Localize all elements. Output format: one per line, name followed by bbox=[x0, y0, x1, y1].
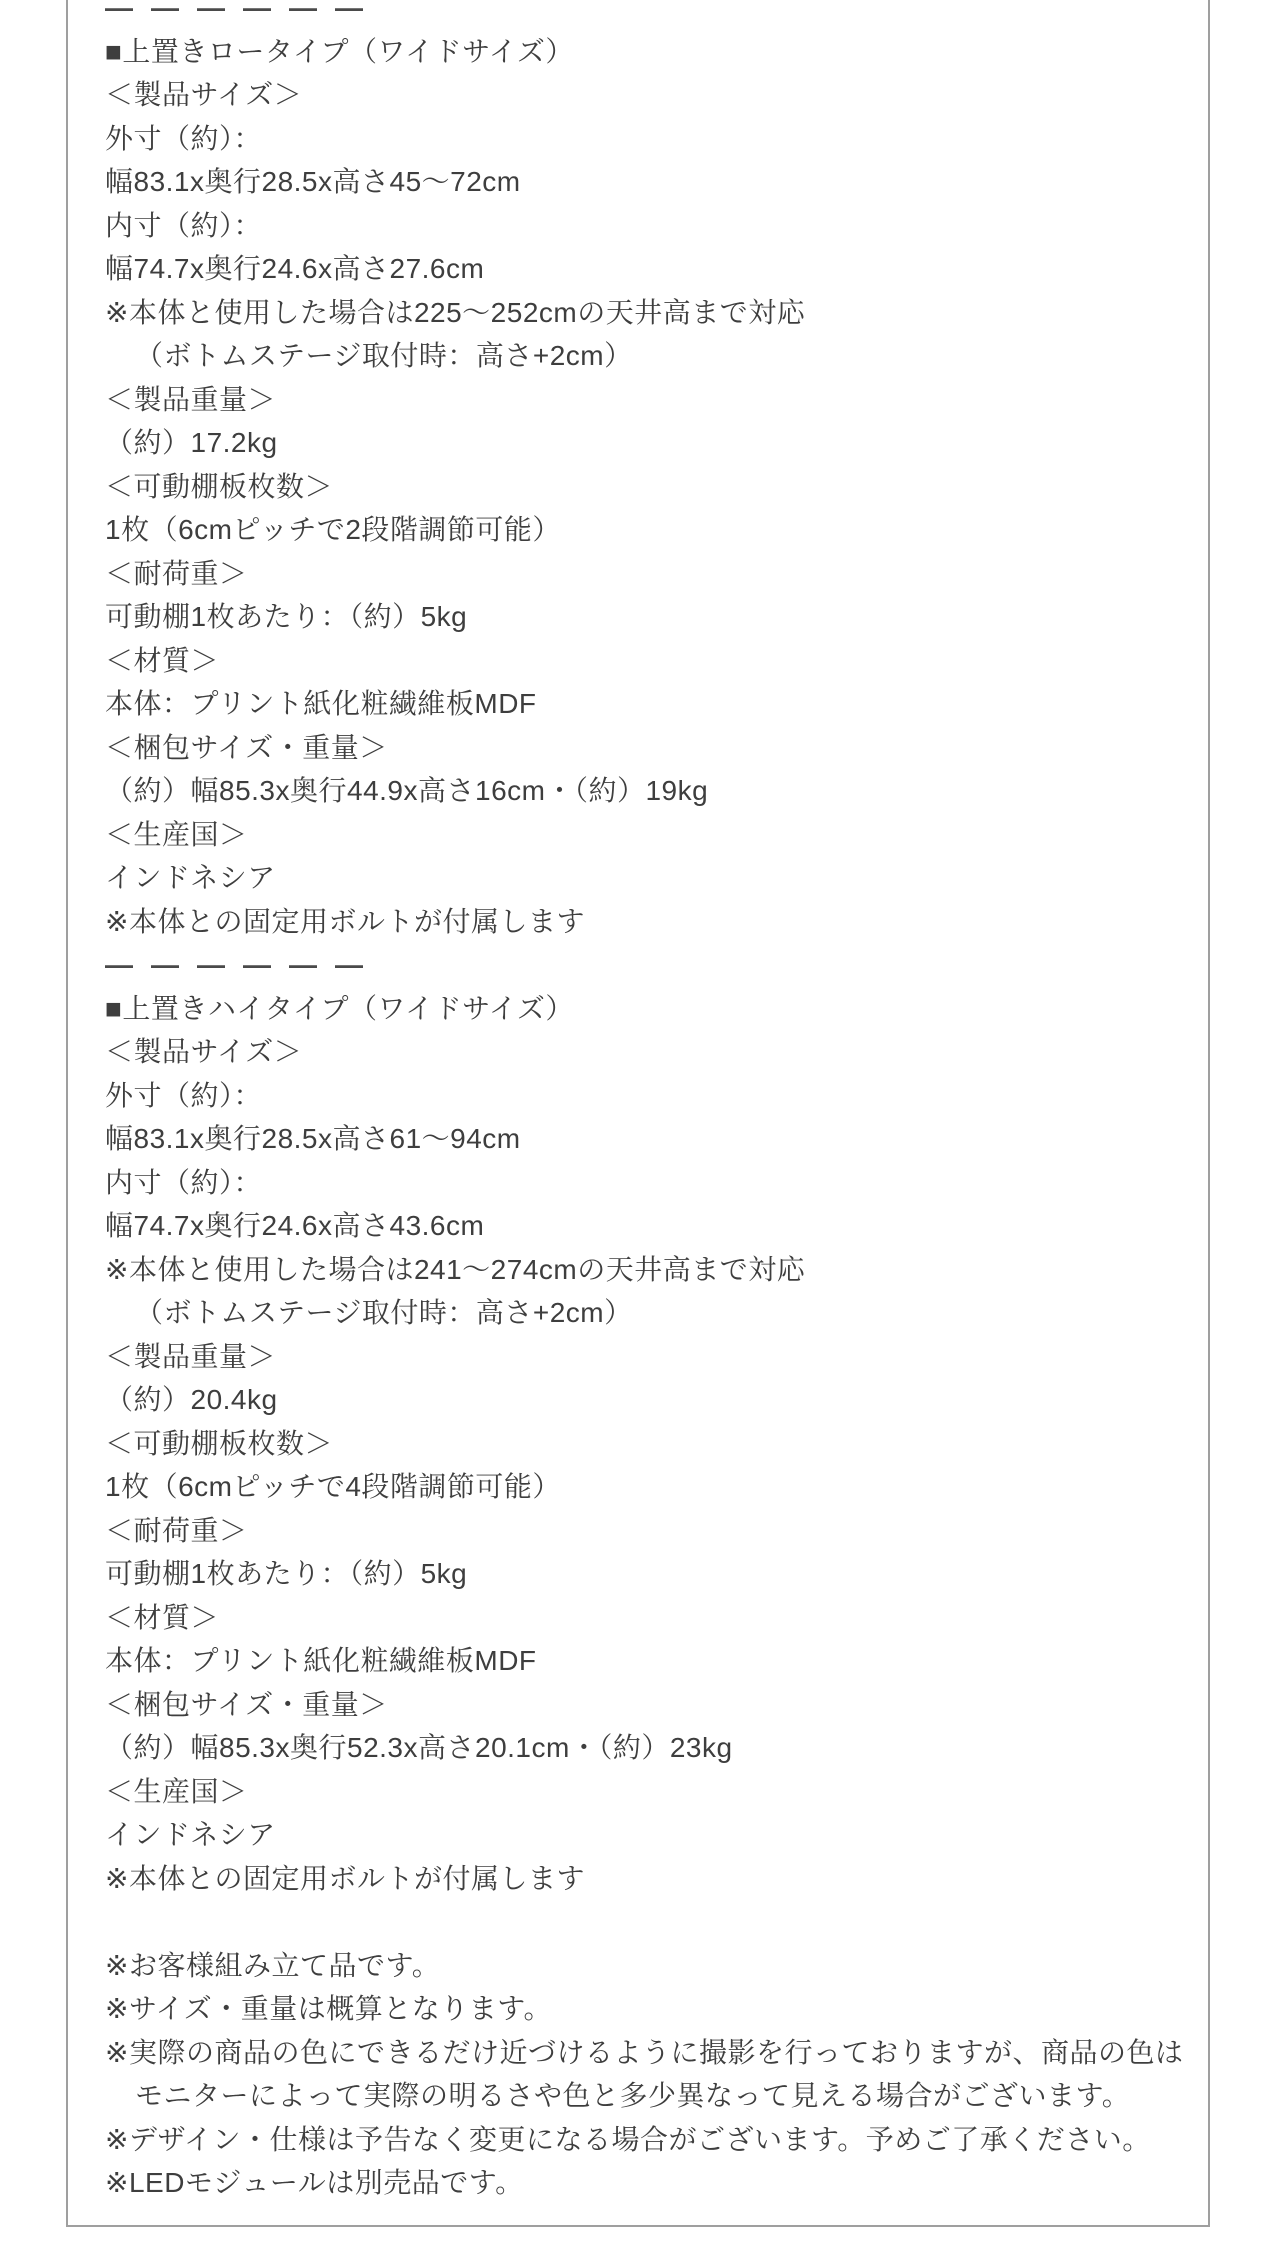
spec-field-label: ＜製品サイズ＞ bbox=[105, 1030, 1190, 1074]
blank-line bbox=[105, 1900, 1190, 1944]
spec-line: （ボトムステージ取付時：高さ+2cm） bbox=[105, 334, 1190, 378]
spec-line: 1枚（6cmピッチで4段階調節可能） bbox=[105, 1465, 1190, 1509]
spec-line: 外寸（約）： bbox=[105, 1074, 1190, 1118]
spec-line: ※サイズ・重量は概算となります。 bbox=[105, 1987, 1190, 2031]
spec-field-label: ＜生産国＞ bbox=[105, 1770, 1190, 1814]
divider-line: —————— bbox=[105, 0, 1190, 30]
spec-line: モニターによって実際の明るさや色と多少異なって見える場合がございます。 bbox=[105, 2074, 1190, 2118]
spec-line: インドネシア bbox=[105, 1813, 1190, 1857]
spec-line: （約）17.2kg bbox=[105, 421, 1190, 465]
spec-line: 幅83.1x奥行28.5x高さ61～94cm bbox=[105, 1117, 1190, 1161]
divider-line: —————— bbox=[105, 943, 1190, 987]
spec-line: 幅74.7x奥行24.6x高さ43.6cm bbox=[105, 1204, 1190, 1248]
spec-line: （約）20.4kg bbox=[105, 1378, 1190, 1422]
spec-field-label: ＜材質＞ bbox=[105, 1596, 1190, 1640]
spec-line: ※LEDモジュールは別売品です。 bbox=[105, 2161, 1190, 2205]
spec-line: ※デザイン・仕様は予告なく変更になる場合がございます。予めご了承ください。 bbox=[105, 2118, 1190, 2162]
spec-line: ※本体との固定用ボルトが付属します bbox=[105, 900, 1190, 944]
spec-line: ※実際の商品の色にできるだけ近づけるように撮影を行っておりますが、商品の色は bbox=[105, 2031, 1190, 2075]
spec-line: （約）幅85.3x奥行52.3x高さ20.1cm・（約）23kg bbox=[105, 1726, 1190, 1770]
spec-field-label: ＜梱包サイズ・重量＞ bbox=[105, 726, 1190, 770]
spec-line: 内寸（約）： bbox=[105, 204, 1190, 248]
section-heading: ■上置きロータイプ（ワイドサイズ） bbox=[105, 30, 1190, 74]
spec-field-label: ＜耐荷重＞ bbox=[105, 1509, 1190, 1553]
spec-line: 本体：プリント紙化粧繊維板MDF bbox=[105, 682, 1190, 726]
spec-line: ※本体と使用した場合は241～274cmの天井高まで対応 bbox=[105, 1248, 1190, 1292]
spec-field-label: ＜材質＞ bbox=[105, 639, 1190, 683]
spec-field-label: ＜可動棚板枚数＞ bbox=[105, 1422, 1190, 1466]
spec-line: （ボトムステージ取付時：高さ+2cm） bbox=[105, 1291, 1190, 1335]
spec-panel-content: ——————■上置きロータイプ（ワイドサイズ）＜製品サイズ＞外寸（約）：幅83.… bbox=[68, 0, 1208, 2205]
spec-field-label: ＜生産国＞ bbox=[105, 813, 1190, 857]
section-heading: ■上置きハイタイプ（ワイドサイズ） bbox=[105, 987, 1190, 1031]
spec-line: （約）幅85.3x奥行44.9x高さ16cm・（約）19kg bbox=[105, 769, 1190, 813]
spec-line: 幅83.1x奥行28.5x高さ45～72cm bbox=[105, 160, 1190, 204]
spec-line: 内寸（約）： bbox=[105, 1161, 1190, 1205]
product-spec-screenshot: ——————■上置きロータイプ（ワイドサイズ）＜製品サイズ＞外寸（約）：幅83.… bbox=[0, 0, 1280, 2264]
spec-line: 幅74.7x奥行24.6x高さ27.6cm bbox=[105, 247, 1190, 291]
spec-line: 可動棚1枚あたり：（約）5kg bbox=[105, 1552, 1190, 1596]
spec-field-label: ＜製品重量＞ bbox=[105, 378, 1190, 422]
spec-field-label: ＜製品サイズ＞ bbox=[105, 73, 1190, 117]
spec-line: 外寸（約）： bbox=[105, 117, 1190, 161]
spec-line: インドネシア bbox=[105, 856, 1190, 900]
spec-line: ※本体との固定用ボルトが付属します bbox=[105, 1857, 1190, 1901]
spec-field-label: ＜耐荷重＞ bbox=[105, 552, 1190, 596]
spec-line: 本体：プリント紙化粧繊維板MDF bbox=[105, 1639, 1190, 1683]
spec-panel: ——————■上置きロータイプ（ワイドサイズ）＜製品サイズ＞外寸（約）：幅83.… bbox=[66, 0, 1210, 2227]
spec-field-label: ＜可動棚板枚数＞ bbox=[105, 465, 1190, 509]
spec-line: ※本体と使用した場合は225～252cmの天井高まで対応 bbox=[105, 291, 1190, 335]
spec-field-label: ＜梱包サイズ・重量＞ bbox=[105, 1683, 1190, 1727]
spec-line: 可動棚1枚あたり：（約）5kg bbox=[105, 595, 1190, 639]
spec-line: 1枚（6cmピッチで2段階調節可能） bbox=[105, 508, 1190, 552]
spec-field-label: ＜製品重量＞ bbox=[105, 1335, 1190, 1379]
spec-line: ※お客様組み立て品です。 bbox=[105, 1944, 1190, 1988]
